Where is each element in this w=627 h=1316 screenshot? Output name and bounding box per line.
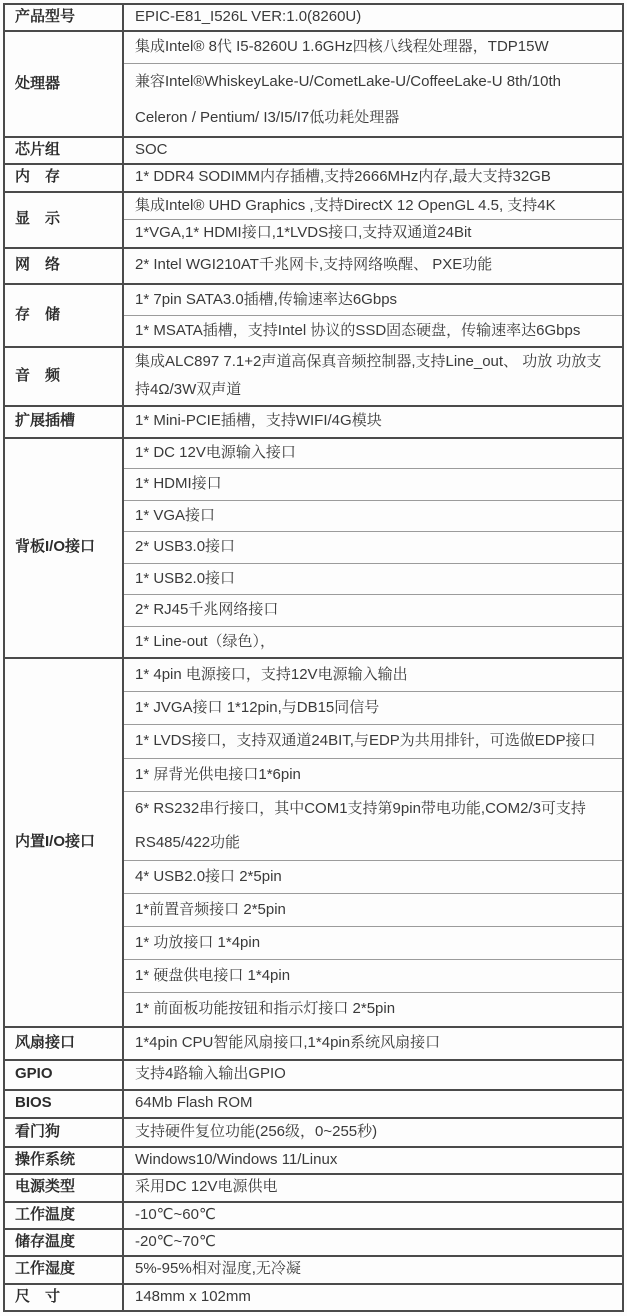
display-label: 显 示 <box>4 192 123 248</box>
rear-io-label: 背板I/O接口 <box>4 438 123 658</box>
operating-temp-label: 工作温度 <box>4 1202 123 1229</box>
model-value: EPIC-E81_I526L VER:1.0(8260U) <box>123 4 623 31</box>
dimensions-label: 尺 寸 <box>4 1284 123 1311</box>
fan-label: 风扇接口 <box>4 1027 123 1060</box>
spec-row: 产品型号 EPIC-E81_I526L VER:1.0(8260U) <box>4 4 623 31</box>
internal-io-value-10: 1* 前面板功能按钮和指示灯接口 2*5pin <box>123 993 623 1027</box>
chipset-value: SOC <box>123 137 623 164</box>
internal-io-value-5: 6* RS232串行接口，其中COM1支持第9pin带电功能,COM2/3可支持… <box>123 792 623 861</box>
display-value-2: 1*VGA,1* HDMI接口,1*LVDS接口,支持双通道24Bit <box>123 220 623 248</box>
expansion-slot-value: 1* Mini-PCIE插槽，支持WIFI/4G模块 <box>123 406 623 438</box>
os-label: 操作系统 <box>4 1147 123 1174</box>
power-type-label: 电源类型 <box>4 1174 123 1202</box>
storage-value-1: 1* 7pin SATA3.0插槽,传输速率达6Gbps <box>123 284 623 316</box>
internal-io-value-4: 1* 屏背光供电接口1*6pin <box>123 759 623 792</box>
model-label: 产品型号 <box>4 4 123 31</box>
spec-row: BIOS 64Mb Flash ROM <box>4 1090 623 1118</box>
watchdog-label: 看门狗 <box>4 1118 123 1147</box>
audio-value: 集成ALC897 7.1+2声道高保真音频控制器,支持Line_out、 功放 … <box>123 347 623 406</box>
watchdog-value: 支持硬件复位功能(256级，0~255秒) <box>123 1118 623 1147</box>
internal-io-value-7: 1*前置音频接口 2*5pin <box>123 894 623 927</box>
spec-row: 处理器 集成Intel® 8代 I5-8260U 1.6GHz四核八线程处理器，… <box>4 31 623 63</box>
audio-label: 音 频 <box>4 347 123 406</box>
expansion-slot-label: 扩展插槽 <box>4 406 123 438</box>
internal-io-value-2: 1* JVGA接口 1*12pin,与DB15同信号 <box>123 692 623 725</box>
spec-row: 工作湿度 5%-95%相对湿度,无冷凝 <box>4 1256 623 1284</box>
internal-io-label: 内置I/O接口 <box>4 658 123 1027</box>
spec-row: 电源类型 采用DC 12V电源供电 <box>4 1174 623 1202</box>
internal-io-value-3: 1* LVDS接口，支持双通道24BIT,与EDP为共用排针，可选做EDP接口 <box>123 725 623 759</box>
spec-row: 内 存 1* DDR4 SODIMM内存插槽,支持2666MHz内存,最大支持3… <box>4 164 623 192</box>
gpio-label: GPIO <box>4 1060 123 1090</box>
spec-row: 风扇接口 1*4pin CPU智能风扇接口,1*4pin系统风扇接口 <box>4 1027 623 1060</box>
spec-row: 扩展插槽 1* Mini-PCIE插槽，支持WIFI/4G模块 <box>4 406 623 438</box>
storage-value-2: 1* MSATA插槽，支持Intel 协议的SSD固态硬盘，传输速率达6Gbps <box>123 316 623 347</box>
internal-io-value-9: 1* 硬盘供电接口 1*4pin <box>123 960 623 993</box>
memory-value: 1* DDR4 SODIMM内存插槽,支持2666MHz内存,最大支持32GB <box>123 164 623 192</box>
bios-value: 64Mb Flash ROM <box>123 1090 623 1118</box>
rear-io-value-2: 1* HDMI接口 <box>123 469 623 501</box>
rear-io-value-1: 1* DC 12V电源输入接口 <box>123 438 623 469</box>
memory-label: 内 存 <box>4 164 123 192</box>
os-value: Windows10/Windows 11/Linux <box>123 1147 623 1174</box>
spec-row: 储存温度 -20℃~70℃ <box>4 1229 623 1256</box>
internal-io-value-6: 4* USB2.0接口 2*5pin <box>123 861 623 894</box>
network-value: 2* Intel WGI210AT千兆网卡,支持网络唤醒、 PXE功能 <box>123 248 623 284</box>
storage-temp-label: 储存温度 <box>4 1229 123 1256</box>
spec-table: 产品型号 EPIC-E81_I526L VER:1.0(8260U) 处理器 集… <box>3 3 624 1312</box>
spec-row: 看门狗 支持硬件复位功能(256级，0~255秒) <box>4 1118 623 1147</box>
spec-row: 网 络 2* Intel WGI210AT千兆网卡,支持网络唤醒、 PXE功能 <box>4 248 623 284</box>
storage-label: 存 储 <box>4 284 123 347</box>
rear-io-value-7: 1* Line-out（绿色）， <box>123 627 623 658</box>
internal-io-value-1: 1* 4pin 电源接口，支持12V电源输入输出 <box>123 658 623 692</box>
dimensions-value: 148mm x 102mm <box>123 1284 623 1311</box>
spec-row: 音 频 集成ALC897 7.1+2声道高保真音频控制器,支持Line_out、… <box>4 347 623 406</box>
operating-temp-value: -10℃~60℃ <box>123 1202 623 1229</box>
humidity-value: 5%-95%相对湿度,无冷凝 <box>123 1256 623 1284</box>
power-type-value: 采用DC 12V电源供电 <box>123 1174 623 1202</box>
rear-io-value-3: 1* VGA接口 <box>123 501 623 532</box>
rear-io-value-5: 1* USB2.0接口 <box>123 564 623 595</box>
storage-temp-value: -20℃~70℃ <box>123 1229 623 1256</box>
spec-row: 工作温度 -10℃~60℃ <box>4 1202 623 1229</box>
rear-io-value-4: 2* USB3.0接口 <box>123 532 623 564</box>
humidity-label: 工作湿度 <box>4 1256 123 1284</box>
spec-row: 背板I/O接口 1* DC 12V电源输入接口 <box>4 438 623 469</box>
rear-io-value-6: 2* RJ45千兆网络接口 <box>123 595 623 627</box>
processor-value-1: 集成Intel® 8代 I5-8260U 1.6GHz四核八线程处理器，TDP1… <box>123 31 623 63</box>
chipset-label: 芯片组 <box>4 137 123 164</box>
fan-value: 1*4pin CPU智能风扇接口,1*4pin系统风扇接口 <box>123 1027 623 1060</box>
spec-row: 存 储 1* 7pin SATA3.0插槽,传输速率达6Gbps <box>4 284 623 316</box>
network-label: 网 络 <box>4 248 123 284</box>
internal-io-value-8: 1* 功放接口 1*4pin <box>123 927 623 960</box>
spec-row: 芯片组 SOC <box>4 137 623 164</box>
spec-row: 操作系统 Windows10/Windows 11/Linux <box>4 1147 623 1174</box>
gpio-value: 支持4路输入输出GPIO <box>123 1060 623 1090</box>
spec-sheet-page: 产品型号 EPIC-E81_I526L VER:1.0(8260U) 处理器 集… <box>0 0 627 1316</box>
spec-row: 显 示 集成Intel® UHD Graphics ,支持DirectX 12 … <box>4 192 623 220</box>
processor-label: 处理器 <box>4 31 123 137</box>
spec-row: GPIO 支持4路输入输出GPIO <box>4 1060 623 1090</box>
spec-row: 尺 寸 148mm x 102mm <box>4 1284 623 1311</box>
bios-label: BIOS <box>4 1090 123 1118</box>
display-value-1: 集成Intel® UHD Graphics ,支持DirectX 12 Open… <box>123 192 623 220</box>
processor-value-2: 兼容Intel®WhiskeyLake-U/CometLake-U/Coffee… <box>123 63 623 137</box>
spec-row: 内置I/O接口 1* 4pin 电源接口，支持12V电源输入输出 <box>4 658 623 692</box>
